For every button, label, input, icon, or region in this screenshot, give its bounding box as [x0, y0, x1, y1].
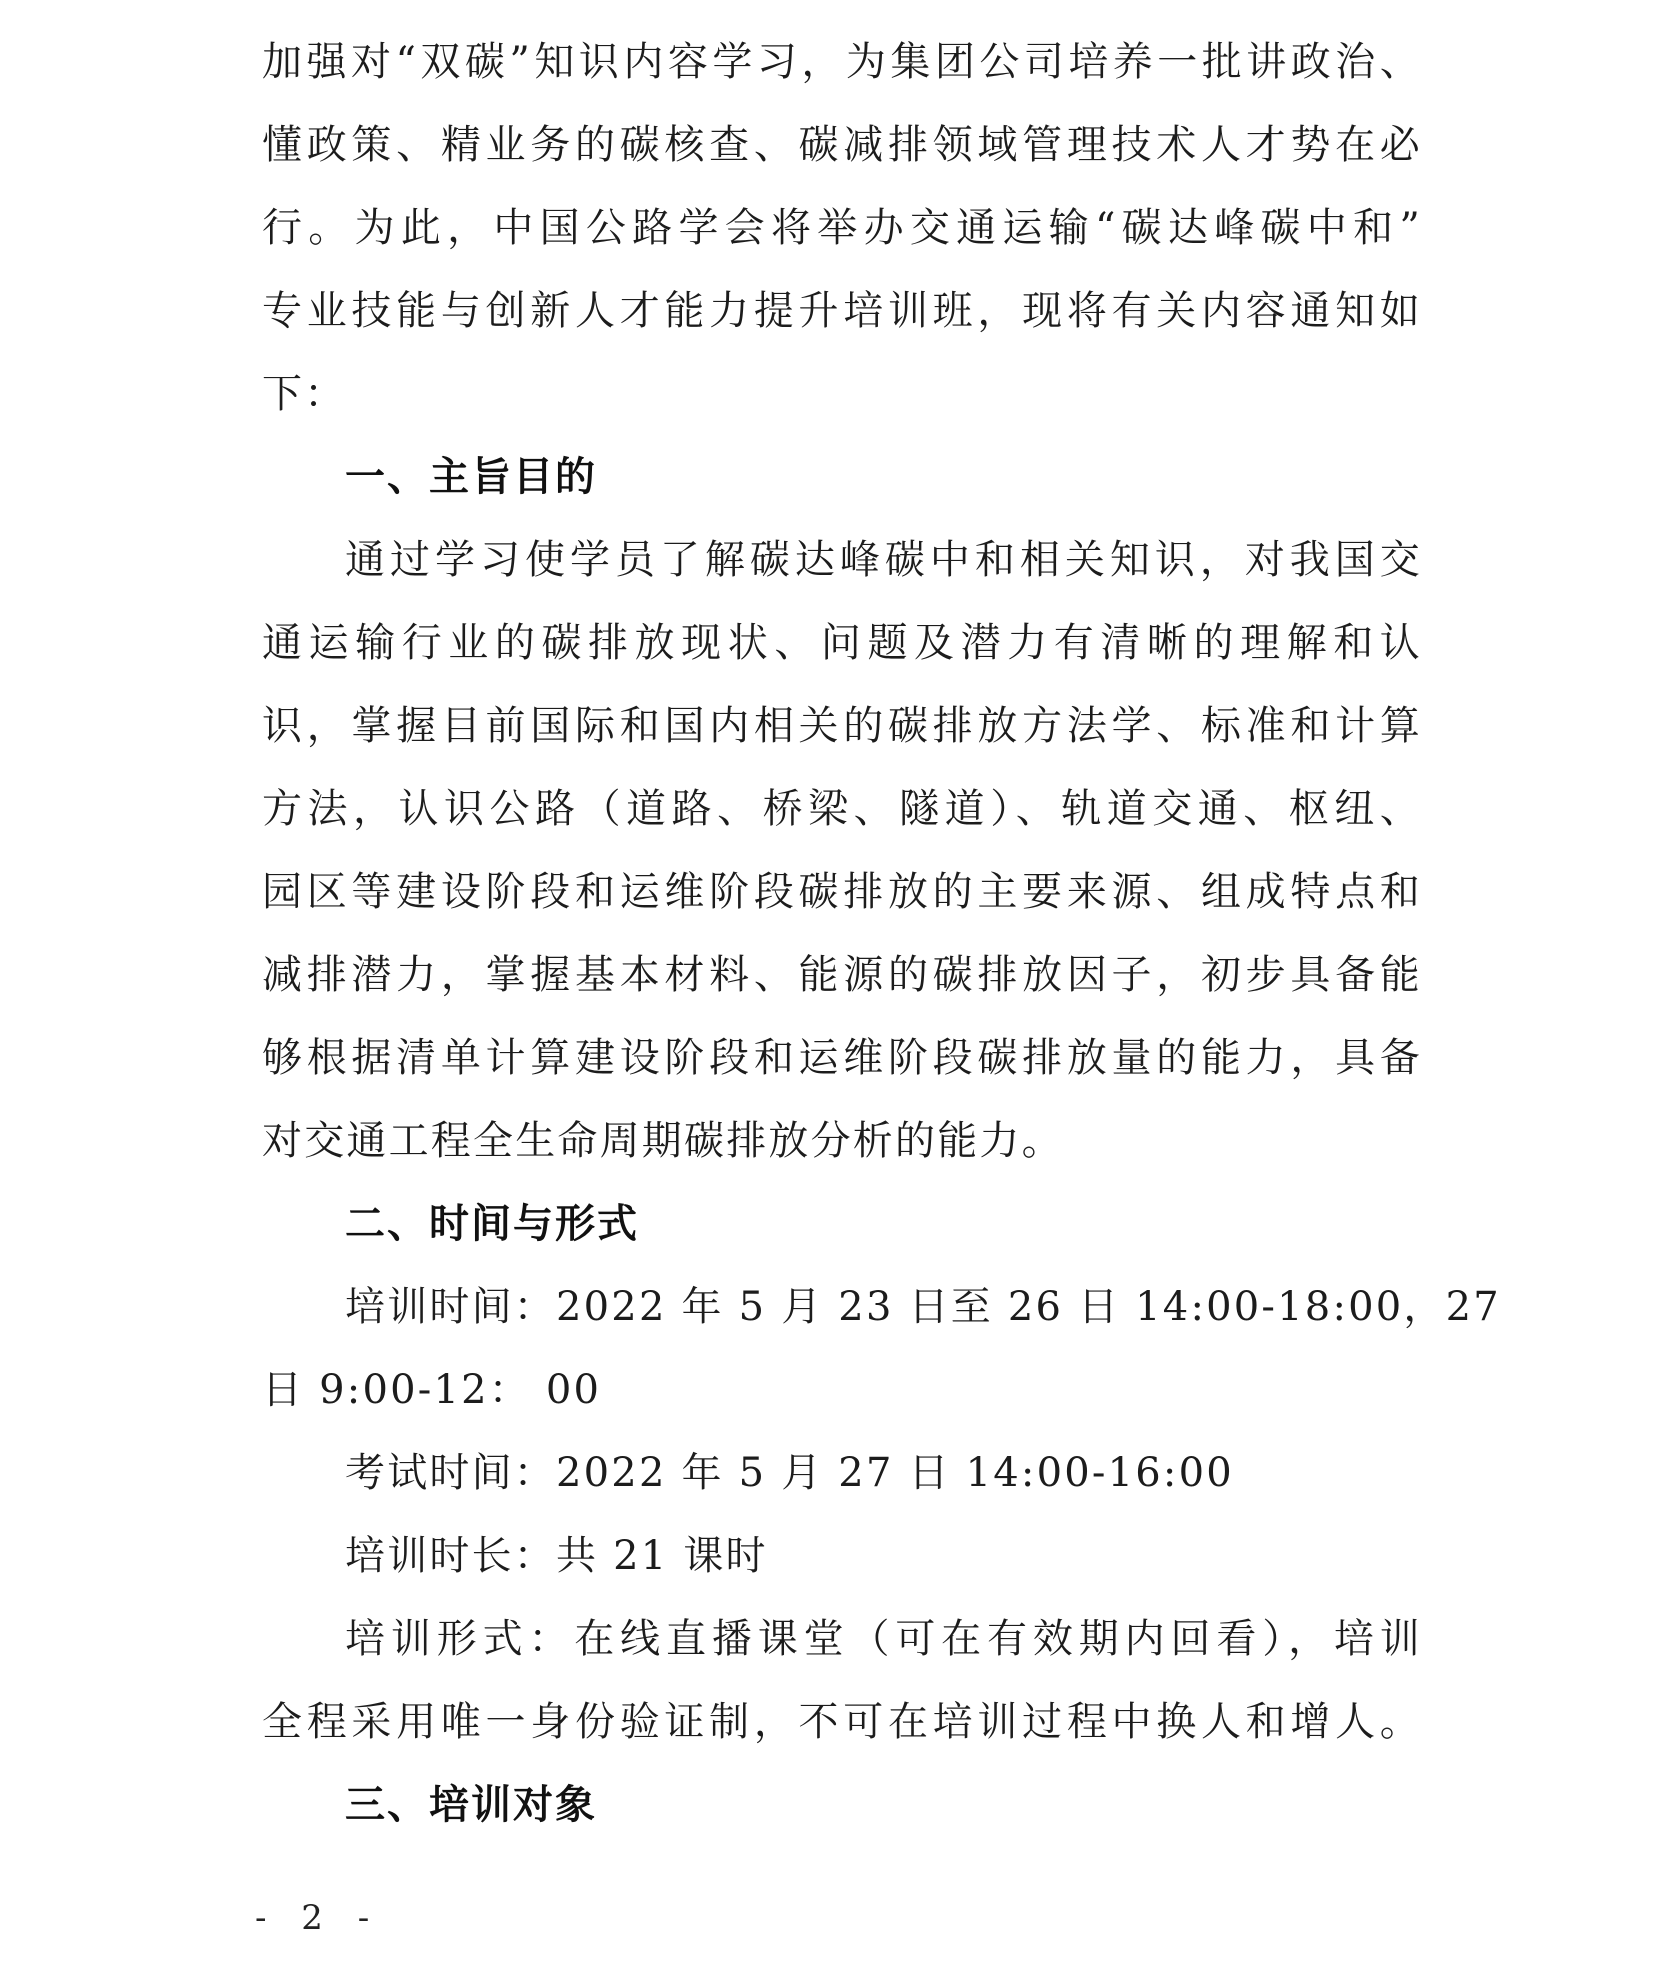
purpose-line-7: 够根据清单计算建设阶段和运维阶段碳排放量的能力，具备 [262, 1028, 1422, 1088]
purpose-line-4: 方法，认识公路（道路、桥梁、隧道）、轨道交通、枢纽、 [262, 779, 1422, 839]
purpose-line-5: 园区等建设阶段和运维阶段碳排放的主要来源、组成特点和 [262, 862, 1422, 922]
intro-line-1: 加强对“双碳”知识内容学习，为集团公司培养一批讲政治、 [262, 32, 1422, 92]
intro-line-2: 懂政策、精业务的碳核查、碳减排领域管理技术人才势在必 [262, 115, 1422, 175]
intro-line-4: 专业技能与创新人才能力提升培训班，现将有关内容通知如 [262, 281, 1422, 341]
exam-time: 考试时间：2022 年 5 月 27 日 14:00-16:00 [345, 1443, 1422, 1503]
training-time-line-2: 日 9:00-12： 00 [262, 1360, 1422, 1420]
section-heading-purpose: 一、主旨目的 [345, 447, 1505, 507]
document-page: 加强对“双碳”知识内容学习，为集团公司培养一批讲政治、 懂政策、精业务的碳核查、… [0, 0, 1653, 1979]
intro-line-3: 行。为此，中国公路学会将举办交通运输“碳达峰碳中和” [262, 198, 1422, 258]
training-duration: 培训时长：共 21 课时 [345, 1526, 1422, 1586]
training-format-line-1: 培训形式：在线直播课堂（可在有效期内回看），培训 [345, 1609, 1422, 1669]
section-heading-audience: 三、培训对象 [345, 1775, 1505, 1835]
purpose-line-6: 减排潜力，掌握基本材料、能源的碳排放因子，初步具备能 [262, 945, 1422, 1005]
training-time-line-1: 培训时间：2022 年 5 月 23 日至 26 日 14:00-18:00，2… [345, 1277, 1422, 1337]
purpose-line-3: 识，掌握目前国际和国内相关的碳排放方法学、标准和计算 [262, 696, 1422, 756]
purpose-line-8: 对交通工程全生命周期碳排放分析的能力。 [262, 1111, 1422, 1171]
purpose-line-1: 通过学习使学员了解碳达峰碳中和相关知识，对我国交 [345, 530, 1422, 590]
section-heading-time-format: 二、时间与形式 [345, 1194, 1505, 1254]
training-format-line-2: 全程采用唯一身份验证制，不可在培训过程中换人和增人。 [262, 1692, 1422, 1752]
page-number: - 2 - [255, 1898, 381, 1938]
intro-line-5: 下： [262, 364, 1422, 424]
purpose-line-2: 通运输行业的碳排放现状、问题及潜力有清晰的理解和认 [262, 613, 1422, 673]
